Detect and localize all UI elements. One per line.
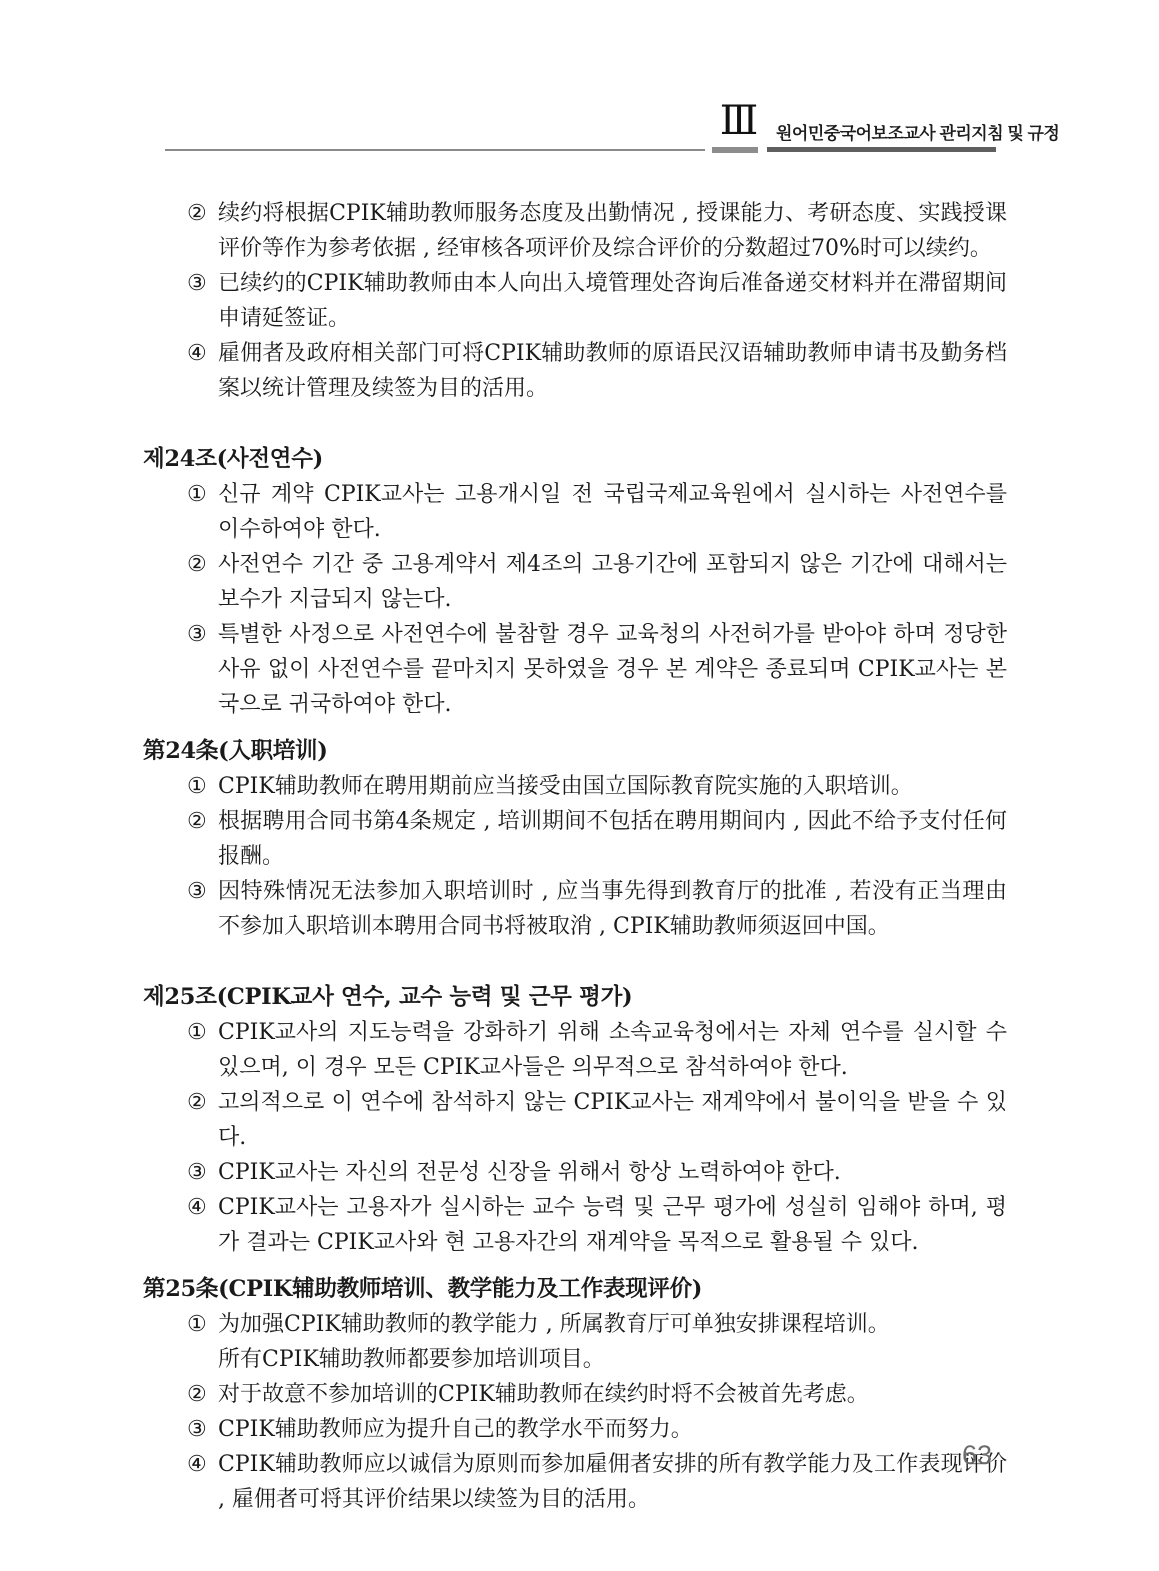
list-item: ③ CPIK교사는 자신의 전문성 신장을 위해서 항상 노력하여야 한다. bbox=[143, 1155, 1007, 1190]
item-text: 雇佣者及政府相关部门可将CPIK辅助教师的原语民汉语辅助教师申请书及勤务档案以统… bbox=[218, 336, 1007, 406]
list-item: ② 对于故意不参加培训的CPIK辅助教师在续约时将不会被首先考虑。 bbox=[143, 1377, 1007, 1412]
item-text: CPIK교사는 자신의 전문성 신장을 위해서 항상 노력하여야 한다. bbox=[218, 1155, 1007, 1190]
list-item: ② 续约将根据CPIK辅助教师服务态度及出勤情况 , 授课能力、考研态度、实践授… bbox=[143, 196, 1007, 266]
list-item: ② 고의적으로 이 연수에 참석하지 않는 CPIK교사는 재계약에서 불이익을… bbox=[143, 1085, 1007, 1155]
item-text: 특별한 사정으로 사전연수에 불참할 경우 교육청의 사전허가를 받아야 하며 … bbox=[218, 617, 1007, 722]
item-number: ③ bbox=[187, 617, 217, 652]
running-head-underline bbox=[767, 147, 996, 152]
article-24-cn-list: ① CPIK辅助教师在聘用期前应当接受由国立国际教育院实施的入职培训。 ② 根据… bbox=[143, 769, 1007, 944]
list-item: ② 根据聘用合同书第4条规定 , 培训期间不包括在聘用期间内 , 因此不给予支付… bbox=[143, 804, 1007, 874]
item-number: ④ bbox=[187, 336, 217, 371]
item-number: ① bbox=[187, 477, 217, 512]
article-25-cn-list: ① 为加强CPIK辅助教师的教学能力 , 所属教育厅可单独安排课程培训。 所有C… bbox=[143, 1307, 1007, 1517]
item-text: CPIK辅助教师应为提升自己的教学水平而努力。 bbox=[218, 1412, 1007, 1447]
item-number: ③ bbox=[187, 1412, 217, 1447]
item-number: ② bbox=[187, 1377, 217, 1412]
item-text: 사전연수 기간 중 고용계약서 제4조의 고용기간에 포함되지 않은 기간에 대… bbox=[218, 547, 1007, 617]
item-text: 已续约的CPIK辅助教师由本人向出入境管理处咨询后准备递交材料并在滞留期间申请延… bbox=[218, 266, 1007, 336]
item-number: ④ bbox=[187, 1190, 217, 1225]
item-text: 续约将根据CPIK辅助教师服务态度及出勤情况 , 授课能力、考研态度、实践授课评… bbox=[218, 196, 1007, 266]
header-rule-left bbox=[165, 149, 705, 151]
list-item: ③ CPIK辅助教师应为提升自己的教学水平而努力。 bbox=[143, 1412, 1007, 1447]
item-number: ② bbox=[187, 547, 217, 582]
article-25-cn-heading: 第25条(CPIK辅助教师培训、教学能力及工作表现评价) bbox=[143, 1272, 1007, 1307]
item-text: CPIK辅助教师在聘用期前应当接受由国立国际教育院实施的入职培训。 bbox=[218, 769, 1007, 804]
chapter-numeral: Ⅲ bbox=[716, 98, 762, 144]
item-number: ② bbox=[187, 804, 217, 839]
list-item: ① CPIK辅助教师在聘用期前应当接受由国立国际教育院实施的入职培训。 bbox=[143, 769, 1007, 804]
page-number: 63 bbox=[962, 1440, 992, 1470]
list-item: ④ CPIK辅助教师应以诚信为原则而参加雇佣者安排的所有教学能力及工作表现评价 … bbox=[143, 1447, 1007, 1517]
list-item: ③ 특별한 사정으로 사전연수에 불참할 경우 교육청의 사전허가를 받아야 하… bbox=[143, 617, 1007, 722]
item-text: 因特殊情况无法参加入职培训时 , 应当事先得到教育厅的批准 , 若没有正当理由不… bbox=[218, 874, 1007, 944]
article-25-ko-list: ① CPIK교사의 지도능력을 강화하기 위해 소속교육청에서는 자체 연수를 … bbox=[143, 1015, 1007, 1260]
item-text: CPIK辅助教师应以诚信为原则而参加雇佣者安排的所有教学能力及工作表现评价 , … bbox=[218, 1447, 1007, 1517]
list-item: ③ 已续约的CPIK辅助教师由本人向出入境管理处咨询后准备递交材料并在滞留期间申… bbox=[143, 266, 1007, 336]
article-24-cn-heading: 第24条(入职培训) bbox=[143, 734, 1007, 769]
running-head-title: 원어민중국어보조교사 관리지침 및 규정 bbox=[776, 119, 1059, 144]
article-25-ko-heading: 제25조(CPIK교사 연수, 교수 능력 및 근무 평가) bbox=[143, 980, 1007, 1015]
item-text: 고의적으로 이 연수에 참석하지 않는 CPIK교사는 재계약에서 불이익을 받… bbox=[218, 1085, 1007, 1155]
item-number: ① bbox=[187, 1015, 217, 1050]
list-item: ① CPIK교사의 지도능력을 강화하기 위해 소속교육청에서는 자체 연수를 … bbox=[143, 1015, 1007, 1085]
document-body: ② 续约将根据CPIK辅助教师服务态度及出勤情况 , 授课能力、考研态度、实践授… bbox=[143, 196, 1007, 1517]
item-number: ④ bbox=[187, 1447, 217, 1482]
article-24-ko-list: ① 신규 계약 CPIK교사는 고용개시일 전 국립국제교육원에서 실시하는 사… bbox=[143, 477, 1007, 722]
list-item: ② 사전연수 기간 중 고용계약서 제4조의 고용기간에 포함되지 않은 기간에… bbox=[143, 547, 1007, 617]
item-text: 为加强CPIK辅助教师的教学能力 , 所属教育厅可单独安排课程培训。 所有CPI… bbox=[218, 1307, 1007, 1377]
list-item: ① 신규 계약 CPIK교사는 고용개시일 전 국립국제교육원에서 실시하는 사… bbox=[143, 477, 1007, 547]
item-text: CPIK교사는 고용자가 실시하는 교수 능력 및 근무 평가에 성실히 임해야… bbox=[218, 1190, 1007, 1260]
item-text: CPIK교사의 지도능력을 강화하기 위해 소속교육청에서는 자체 연수를 실시… bbox=[218, 1015, 1007, 1085]
item-number: ① bbox=[187, 1307, 217, 1342]
item-number: ③ bbox=[187, 266, 217, 301]
item-number: ③ bbox=[187, 874, 217, 909]
item-number: ③ bbox=[187, 1155, 217, 1190]
item-text: 根据聘用合同书第4条规定 , 培训期间不包括在聘用期间内 , 因此不给予支付任何… bbox=[218, 804, 1007, 874]
article-24-ko-heading: 제24조(사전연수) bbox=[143, 442, 1007, 477]
article-23-cn-list: ② 续约将根据CPIK辅助教师服务态度及出勤情况 , 授课能力、考研态度、实践授… bbox=[143, 196, 1007, 406]
list-item: ① 为加强CPIK辅助教师的教学能力 , 所属教育厅可单独安排课程培训。 所有C… bbox=[143, 1307, 1007, 1377]
item-number: ① bbox=[187, 769, 217, 804]
list-item: ④ CPIK교사는 고용자가 실시하는 교수 능력 및 근무 평가에 성실히 임… bbox=[143, 1190, 1007, 1260]
item-text: 对于故意不参加培训的CPIK辅助教师在续约时将不会被首先考虑。 bbox=[218, 1377, 1007, 1412]
item-number: ② bbox=[187, 1085, 217, 1120]
chapter-numeral-underline bbox=[712, 147, 758, 153]
list-item: ④ 雇佣者及政府相关部门可将CPIK辅助教师的原语民汉语辅助教师申请书及勤务档案… bbox=[143, 336, 1007, 406]
item-number: ② bbox=[187, 196, 217, 231]
item-text: 신규 계약 CPIK교사는 고용개시일 전 국립국제교육원에서 실시하는 사전연… bbox=[218, 477, 1007, 547]
list-item: ③ 因特殊情况无法参加入职培训时 , 应当事先得到教育厅的批准 , 若没有正当理… bbox=[143, 874, 1007, 944]
